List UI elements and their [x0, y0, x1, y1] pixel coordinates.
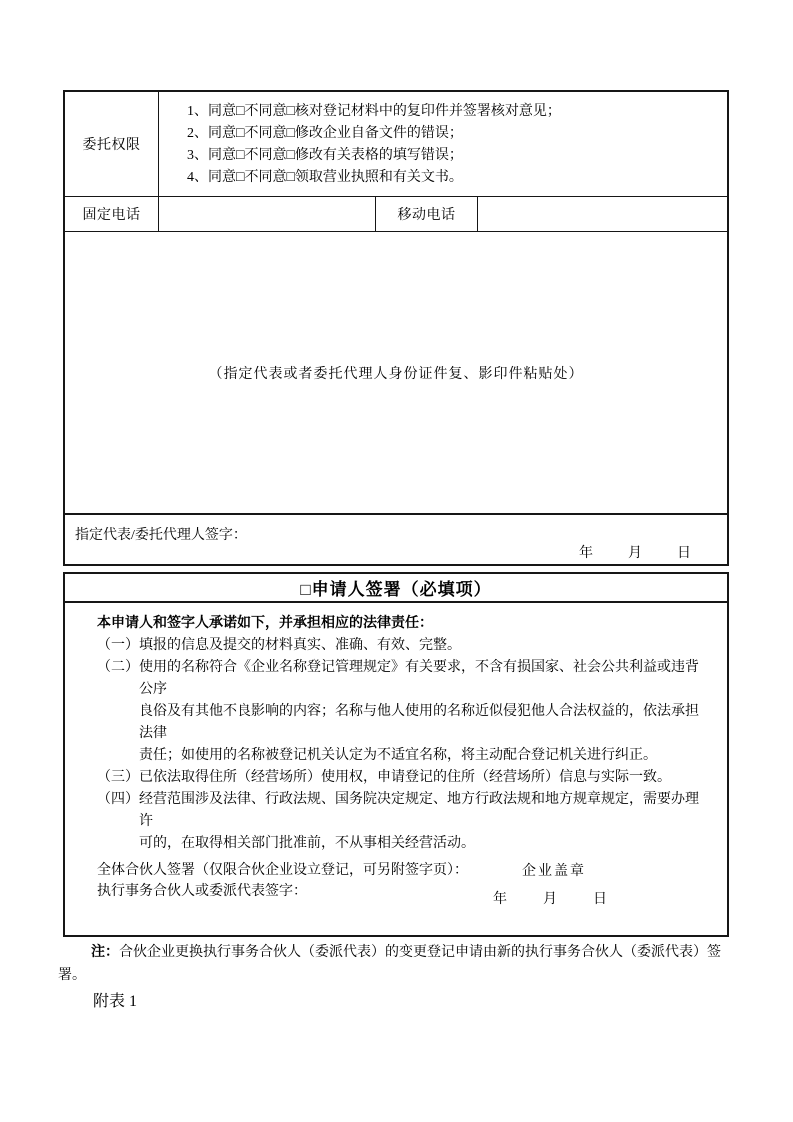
representative-date-fields: 年 月 日 [579, 542, 691, 562]
signature-lines: 全体合伙人签署（仅限合伙企业设立登记，可另附签字页）： 执行事务合伙人或委派代表… [97, 860, 705, 902]
note-label: 注： [91, 945, 119, 960]
day-label: 日 [677, 542, 691, 562]
seal-date-fields: 年 月 日 [493, 889, 607, 911]
mobile-phone-label: 移动电话 [376, 197, 478, 231]
upper-form-table: 委托权限 1、同意□不同意□核对登记材料中的复印件并签署核对意见； 2、同意□不… [63, 90, 729, 566]
day-label: 日 [593, 889, 607, 911]
delegation-item-4: 4、同意□不同意□领取营业执照和有关文书。 [187, 167, 723, 189]
delegation-authority-label: 委托权限 [65, 92, 159, 196]
paste-area-hint: （指定代表或者委托代理人身份证件复、影印件粘贴处） [209, 363, 584, 383]
registration-form-page: 委托权限 1、同意□不同意□核对登记材料中的复印件并签署核对意见； 2、同意□不… [0, 0, 793, 1122]
attachment-table-label: 附表 1 [93, 988, 137, 1011]
footer-note: 注：合伙企业更换执行事务合伙人（委派代表）的变更登记申请由新的执行事务合伙人（委… [58, 941, 742, 987]
fixed-phone-label: 固定电话 [65, 197, 159, 231]
applicant-commitment-section: 本申请人和签字人承诺如下，并承担相应的法律责任： （一）填报的信息及提交的材料真… [63, 603, 729, 937]
delegation-item-1: 1、同意□不同意□核对登记材料中的复印件并签署核对意见； [187, 101, 723, 123]
month-label: 月 [628, 542, 642, 562]
commitment-title: 本申请人和签字人承诺如下，并承担相应的法律责任： [97, 613, 705, 635]
phone-row: 固定电话 移动电话 [65, 197, 727, 232]
id-document-paste-area: （指定代表或者委托代理人身份证件复、影印件粘贴处） [65, 232, 727, 515]
commitment-item-2: （二）使用的名称符合《企业名称登记管理规定》有关要求，不含有损国家、社会公共利益… [97, 657, 705, 767]
year-label: 年 [493, 889, 507, 911]
delegation-item-2: 2、同意□不同意□修改企业自备文件的错误； [187, 123, 723, 145]
month-label: 月 [543, 889, 557, 911]
delegation-authority-items: 1、同意□不同意□核对登记材料中的复印件并签署核对意见； 2、同意□不同意□修改… [159, 92, 727, 196]
fixed-phone-value [159, 197, 376, 231]
applicant-signature-header: □申请人签署（必填项） [63, 572, 729, 603]
note-text: 合伙企业更换执行事务合伙人（委派代表）的变更登记申请由新的执行事务合伙人（委派代… [58, 945, 721, 983]
year-label: 年 [579, 542, 593, 562]
commitment-item-3: （三）已依法取得住所（经营场所）使用权，申请登记的住所（经营场所）信息与实际一致… [97, 767, 705, 789]
delegation-item-3: 3、同意□不同意□修改有关表格的填写错误； [187, 145, 723, 167]
delegation-authority-row: 委托权限 1、同意□不同意□核对登记材料中的复印件并签署核对意见； 2、同意□不… [65, 92, 727, 197]
executive-partner-signature-label: 执行事务合伙人或委派代表签字： [97, 881, 705, 902]
representative-signature-row: 指定代表/委托代理人签字： 年 月 日 [65, 515, 727, 564]
commitment-item-1: （一）填报的信息及提交的材料真实、准确、有效、完整。 [97, 635, 705, 657]
partners-signature-label: 全体合伙人签署（仅限合伙企业设立登记，可另附签字页）： [97, 860, 705, 881]
commitment-item-4: （四）经营范围涉及法律、行政法规、国务院决定规定、地方行政法规和地方规章规定，需… [97, 789, 705, 855]
mobile-phone-value [478, 197, 727, 231]
company-seal-label: 企业盖章 [522, 861, 586, 883]
representative-signature-label: 指定代表/委托代理人签字： [75, 524, 717, 544]
